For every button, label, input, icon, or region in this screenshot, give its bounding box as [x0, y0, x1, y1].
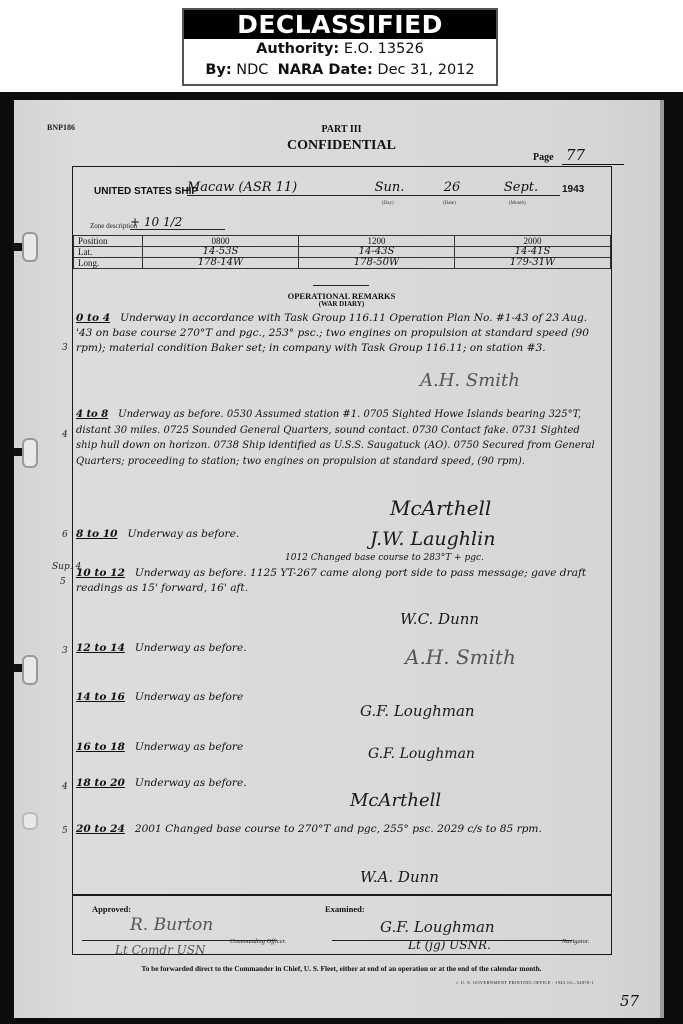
log-entry-4-8: 4 to 8Underway as before. 0530 Assumed s…	[76, 407, 604, 469]
long-value: 178-14W	[143, 258, 299, 269]
margin-note: 3	[62, 343, 68, 353]
entry-text: Underway as before	[135, 691, 243, 703]
log-entry-10-12: 10 to 12Underway as before. 1125 YT-267 …	[76, 566, 604, 596]
forwarding-instruction: To be forwarded direct to the Commander …	[0, 964, 683, 973]
binder-hole-icon	[22, 232, 38, 262]
time-header: 0800	[143, 236, 299, 247]
watch-period: 18 to 20	[76, 777, 125, 789]
navigator-signature: G.F. Loughman	[380, 918, 495, 936]
lat-value: 14-43S	[299, 247, 455, 258]
officer-signature: G.F. Loughman	[368, 746, 475, 762]
divider	[72, 895, 612, 896]
lat-value: 14-41S	[455, 247, 611, 258]
officer-signature: A.H. Smith	[405, 645, 516, 669]
latitude-row: Lat. 14-53S 14-43S 14-41S	[74, 247, 611, 258]
watch-period: 0 to 4	[76, 312, 110, 324]
watch-period: 20 to 24	[76, 823, 125, 835]
long-value: 179-31W	[455, 258, 611, 269]
entry-text: Underway as before.	[135, 777, 247, 789]
officer-signature: A.H. Smith	[420, 370, 520, 391]
longitude-row: Long. 178-14W 178-50W 179-31W	[74, 258, 611, 269]
ship-month: Sept.	[482, 180, 560, 196]
binder-hole-icon	[22, 812, 38, 830]
watch-period: 12 to 14	[76, 642, 125, 654]
watch-period: 16 to 18	[76, 741, 125, 753]
zone-value: + 10 1/2	[130, 215, 225, 230]
position-header: Position	[74, 236, 143, 247]
margin-note: 5	[62, 826, 68, 836]
watch-period: 8 to 10	[76, 528, 117, 540]
margin-note: 5	[60, 577, 66, 587]
ship-year: 1943	[562, 184, 584, 195]
date-caption: (Date)	[443, 201, 456, 206]
officer-signature: McArthell	[390, 496, 491, 520]
stamp-by-date: By: NDC NARA Date: Dec 31, 2012	[184, 60, 496, 81]
sheet-number: 57	[620, 992, 639, 1010]
authority-value: E.O. 13526	[344, 41, 424, 57]
ship-day: Sun.	[357, 180, 422, 196]
row-label: Long.	[74, 258, 143, 269]
log-entry-0-4: 0 to 4Underway in accordance with Task G…	[76, 311, 604, 356]
watch-period: 4 to 8	[76, 409, 108, 420]
commanding-officer-signature: R. Burton	[130, 915, 213, 935]
nara-date-label: NARA Date:	[278, 62, 373, 78]
divider	[313, 285, 369, 286]
ship-date: 26	[422, 180, 482, 196]
examined-label: Examined:	[325, 904, 365, 914]
margin-note: 4	[62, 430, 68, 440]
ship-label: UNITED STATES SHIP	[94, 186, 198, 197]
entry-text: Underway as before.	[135, 642, 247, 654]
binder-hole-icon	[22, 438, 38, 468]
officer-signature: G.F. Loughman	[360, 702, 475, 720]
commanding-officer-caption: Commanding Officer.	[230, 938, 286, 945]
by-label: By:	[205, 62, 231, 78]
navigator-caption: Navigator.	[562, 938, 589, 945]
log-entry-14-16: 14 to 16Underway as before	[76, 690, 604, 705]
by-value: NDC	[236, 62, 268, 78]
entry-text: Underway in accordance with Task Group 1…	[76, 312, 589, 354]
page-label: Page	[533, 152, 554, 163]
margin-note: 4	[62, 782, 68, 792]
month-caption: (Month)	[509, 201, 526, 206]
entry-text: Underway as before	[135, 741, 243, 753]
approved-label: Approved:	[92, 904, 131, 914]
declassified-stamp: DECLASSIFIED Authority: E.O. 13526 By: N…	[182, 8, 498, 86]
stamp-title: DECLASSIFIED	[184, 10, 496, 39]
time-header: 1200	[299, 236, 455, 247]
ship-name: Macaw (ASR 11)	[187, 180, 357, 196]
position-header-row: Position 0800 1200 2000	[74, 236, 611, 247]
watch-period: 10 to 12	[76, 567, 125, 579]
stamp-authority: Authority: E.O. 13526	[184, 39, 496, 60]
remarks-subtitle: (WAR DIARY)	[0, 300, 683, 308]
officer-signature: McArthell	[350, 790, 441, 811]
margin-note: 3	[62, 646, 68, 656]
watch-period: 14 to 16	[76, 691, 125, 703]
officer-signature: W.C. Dunn	[400, 610, 479, 628]
commanding-officer-rank: Lt Comdr USN	[115, 943, 205, 957]
log-insertion: 1012 Changed base course to 283°T + pgc.	[285, 553, 484, 563]
day-caption: (Day)	[382, 201, 394, 206]
printing-office-imprint: ☆ U. S. GOVERNMENT PRINTING OFFICE : 194…	[455, 980, 594, 986]
entry-text: Underway as before. 0530 Assumed station…	[76, 409, 595, 467]
signature-line	[332, 940, 572, 941]
long-value: 178-50W	[299, 258, 455, 269]
binder-hole-icon	[22, 655, 38, 685]
log-entry-8-10: 8 to 10Underway as before.	[76, 527, 604, 542]
nara-date-value: Dec 31, 2012	[377, 62, 474, 78]
log-entry-20-24: 20 to 242001 Changed base course to 270°…	[76, 822, 604, 837]
log-entry-16-18: 16 to 18Underway as before	[76, 740, 604, 755]
page-edge	[660, 100, 664, 1018]
entry-text: Underway as before. 1125 YT-267 came alo…	[76, 567, 586, 594]
page-number: 77	[562, 146, 624, 165]
officer-signature: J.W. Laughlin	[370, 528, 495, 550]
entry-text: 2001 Changed base course to 270°T and pg…	[135, 823, 542, 835]
log-entry-18-20: 18 to 20Underway as before.	[76, 776, 604, 791]
entry-text: Underway as before.	[127, 528, 239, 540]
lat-value: 14-53S	[143, 247, 299, 258]
officer-signature: W.A. Dunn	[360, 868, 439, 886]
margin-note: 6	[62, 530, 68, 540]
part-heading: PART III	[0, 124, 683, 135]
time-header: 2000	[455, 236, 611, 247]
log-entry-12-14: 12 to 14Underway as before.	[76, 641, 604, 656]
authority-label: Authority:	[256, 41, 339, 57]
position-table: Position 0800 1200 2000 Lat. 14-53S 14-4…	[73, 235, 611, 269]
row-label: Lat.	[74, 247, 143, 258]
